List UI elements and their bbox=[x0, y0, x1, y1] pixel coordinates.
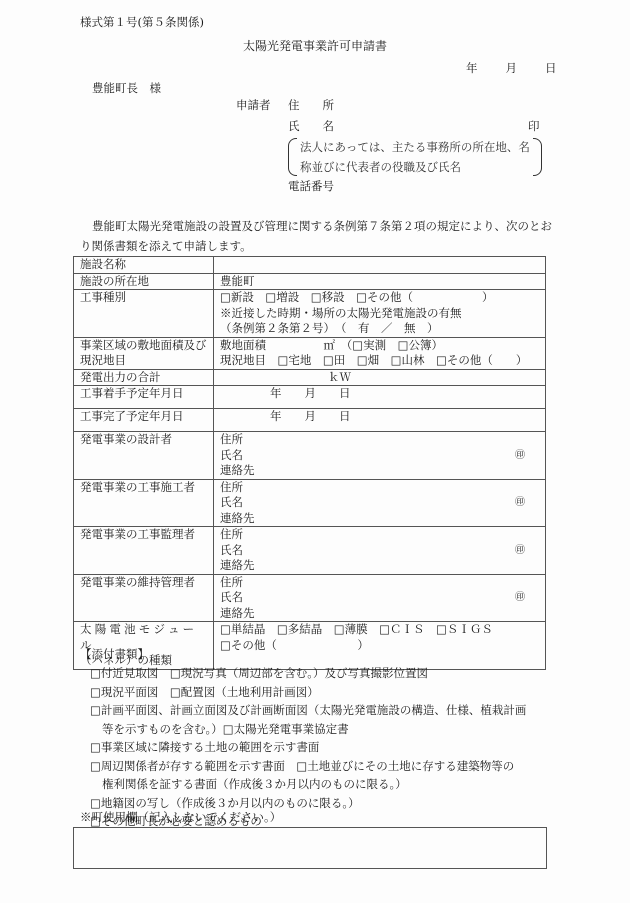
application-table: 施設名称 施設の所在地 豊能町 工事種別 □新設 □増設 □移設 □その他（ ）… bbox=[73, 256, 546, 670]
supervisor-name-field[interactable]: 氏名㊞ bbox=[220, 543, 539, 559]
kw-unit: ｋＷ bbox=[220, 370, 351, 384]
facility-name-input[interactable] bbox=[214, 257, 546, 274]
table-row-end-date: 工事完了予定年月日 年 月 日 bbox=[74, 409, 546, 432]
maintainer-label: 発電事業の維持管理者 bbox=[74, 574, 214, 622]
designer-name-label: 氏名 bbox=[220, 448, 243, 462]
table-row-facility-location: 施設の所在地 豊能町 bbox=[74, 273, 546, 290]
corporate-note: 法人にあっては、主たる事務所の所在地、名称並びに代表者の役職及び氏名 bbox=[288, 136, 542, 176]
facility-location-input[interactable]: 豊能町 bbox=[214, 273, 546, 290]
office-use-box bbox=[73, 827, 547, 869]
output-total-label: 発電出力の合計 bbox=[74, 369, 214, 386]
table-row-work-type: 工事種別 □新設 □増設 □移設 □その他（ ） ※近接した時期・場所の太陽光発… bbox=[74, 290, 546, 338]
corporate-note-text: 法人にあっては、主たる事務所の所在地、名称並びに代表者の役職及び氏名 bbox=[300, 137, 534, 177]
site-area-cell: 敷地面積 ㎡ （□実測 □公簿） 現況地目 □宅地 □田 □畑 □山林 □その他… bbox=[214, 337, 546, 369]
facility-name-label: 施設名称 bbox=[74, 257, 214, 274]
document-title: 太陽光発電事業許可申請書 bbox=[0, 38, 630, 54]
supervisor-name-label: 氏名 bbox=[220, 543, 243, 557]
designer-contact-field[interactable]: 連絡先 bbox=[220, 463, 539, 479]
contractor-label: 発電事業の工事施工者 bbox=[74, 479, 214, 527]
supervisor-address-field[interactable]: 住所 bbox=[220, 527, 539, 543]
maintainer-cell: 住所 氏名㊞ 連絡先 bbox=[214, 574, 546, 622]
contractor-contact-field[interactable]: 連絡先 bbox=[220, 511, 539, 527]
table-row-facility-name: 施設名称 bbox=[74, 257, 546, 274]
table-row-start-date: 工事着手予定年月日 年 月 日 bbox=[74, 386, 546, 409]
table-row-supervisor: 発電事業の工事監理者 住所 氏名㊞ 連絡先 bbox=[74, 527, 546, 575]
work-type-cell: □新設 □増設 □移設 □その他（ ） ※近接した時期・場所の太陽光発電施設の有… bbox=[214, 290, 546, 338]
applicant-label: 申請者 bbox=[236, 97, 271, 113]
site-area-label: 事業区域の敷地面積及び現況地目 bbox=[74, 337, 214, 369]
contractor-address-field[interactable]: 住所 bbox=[220, 480, 539, 496]
table-row-maintainer: 発電事業の維持管理者 住所 氏名㊞ 連絡先 bbox=[74, 574, 546, 622]
seal-icon: ㊞ bbox=[515, 543, 525, 559]
seal-icon: ㊞ bbox=[515, 495, 525, 511]
seal-icon: ㊞ bbox=[515, 448, 525, 464]
work-type-label: 工事種別 bbox=[74, 290, 214, 338]
attachment-item[interactable]: □付近見取図 □現況写真（周辺部を含む。）及び写真撮影位置図 bbox=[90, 664, 560, 683]
attachments-list: □付近見取図 □現況写真（周辺部を含む。）及び写真撮影位置図 □現況平面図 □配… bbox=[90, 664, 560, 831]
attachment-item[interactable]: □事業区域に隣接する土地の範囲を示す書面 bbox=[90, 738, 560, 757]
designer-name-field[interactable]: 氏名㊞ bbox=[220, 448, 539, 464]
attachment-item[interactable]: □現況平面図 □配置図（土地利用計画図） bbox=[90, 683, 560, 702]
nearby-facility-choice[interactable]: （条例第２条第２号） （ 有 ／ 無 ） bbox=[220, 321, 539, 337]
date-month: 月 bbox=[506, 60, 518, 76]
nearby-facility-note: ※近接した時期・場所の太陽光発電施設の有無 bbox=[220, 306, 539, 322]
work-type-options[interactable]: □新設 □増設 □移設 □その他（ ） bbox=[220, 290, 539, 306]
start-date-value: 年 月 日 bbox=[220, 386, 351, 400]
output-total-input[interactable]: ｋＷ bbox=[214, 369, 546, 386]
module-type-options[interactable]: □単結晶 □多結晶 □薄膜 □ＣＩＳ □ＳＩＧＳ bbox=[220, 622, 539, 638]
supervisor-contact-field[interactable]: 連絡先 bbox=[220, 558, 539, 574]
addressee: 豊能町長 様 bbox=[92, 80, 161, 96]
supervisor-label: 発電事業の工事監理者 bbox=[74, 527, 214, 575]
contractor-name-label: 氏名 bbox=[220, 495, 243, 509]
designer-cell: 住所 氏名㊞ 連絡先 bbox=[214, 432, 546, 480]
contractor-cell: 住所 氏名㊞ 連絡先 bbox=[214, 479, 546, 527]
module-type-other[interactable]: □その他（ ） bbox=[220, 638, 539, 654]
table-row-output-total: 発電出力の合計 ｋＷ bbox=[74, 369, 546, 386]
facility-location-label: 施設の所在地 bbox=[74, 273, 214, 290]
start-date-input[interactable]: 年 月 日 bbox=[214, 386, 546, 409]
table-row-site-area: 事業区域の敷地面積及び現況地目 敷地面積 ㎡ （□実測 □公簿） 現況地目 □宅… bbox=[74, 337, 546, 369]
end-date-label: 工事完了予定年月日 bbox=[74, 409, 214, 432]
attachment-item-continued: 権利関係を証する書面（作成後３か月以内のものに限る。） bbox=[90, 775, 560, 794]
date-field[interactable]: 年月日 bbox=[466, 60, 557, 76]
maintainer-name-field[interactable]: 氏名㊞ bbox=[220, 590, 539, 606]
maintainer-name-label: 氏名 bbox=[220, 590, 243, 604]
applicant-address-field[interactable]: 住 所 bbox=[288, 97, 334, 113]
supervisor-cell: 住所 氏名㊞ 連絡先 bbox=[214, 527, 546, 575]
land-use-options[interactable]: 現況地目 □宅地 □田 □畑 □山林 □その他（ ） bbox=[220, 353, 539, 369]
table-row-designer: 発電事業の設計者 住所 氏名㊞ 連絡先 bbox=[74, 432, 546, 480]
start-date-label: 工事着手予定年月日 bbox=[74, 386, 214, 409]
end-date-input[interactable]: 年 月 日 bbox=[214, 409, 546, 432]
right-bracket bbox=[533, 138, 542, 176]
table-row-contractor: 発電事業の工事施工者 住所 氏名㊞ 連絡先 bbox=[74, 479, 546, 527]
maintainer-address-field[interactable]: 住所 bbox=[220, 575, 539, 591]
designer-label: 発電事業の設計者 bbox=[74, 432, 214, 480]
date-year: 年 bbox=[466, 60, 478, 76]
form-number: 様式第１号(第５条関係) bbox=[80, 14, 204, 30]
end-date-value: 年 月 日 bbox=[220, 409, 351, 423]
attachment-item[interactable]: □周辺関係者が存する範囲を示す書面 □土地並びにその土地に存する建築物等の bbox=[90, 757, 560, 776]
designer-address-field[interactable]: 住所 bbox=[220, 432, 539, 448]
office-use-label: ※町使用欄（記入しないでください。） bbox=[80, 809, 281, 825]
attachments-heading: 【添付書類】 bbox=[80, 646, 149, 662]
maintainer-contact-field[interactable]: 連絡先 bbox=[220, 606, 539, 622]
applicant-phone-field[interactable]: 電話番号 bbox=[288, 178, 334, 194]
left-bracket bbox=[288, 138, 297, 176]
module-type-cell: □単結晶 □多結晶 □薄膜 □ＣＩＳ □ＳＩＧＳ □その他（ ） bbox=[214, 622, 546, 670]
seal-icon: ㊞ bbox=[515, 590, 525, 606]
date-day: 日 bbox=[545, 60, 557, 76]
site-area-input[interactable]: 敷地面積 ㎡ （□実測 □公簿） bbox=[220, 338, 539, 354]
contractor-name-field[interactable]: 氏名㊞ bbox=[220, 495, 539, 511]
applicant-seal: 印 bbox=[528, 118, 540, 134]
attachment-item-continued[interactable]: 等を示すものを含む。）□太陽光発電事業協定書 bbox=[90, 720, 560, 739]
intro-text: 豊能町太陽光発電施設の設置及び管理に関する条例第７条第２項の規定により、次のとお… bbox=[80, 216, 555, 256]
attachment-item[interactable]: □計画平面図、計画立面図及び計画断面図（太陽光発電施設の構造、仕様、植栽計画 bbox=[90, 701, 560, 720]
applicant-name-field[interactable]: 氏 名 bbox=[288, 118, 334, 134]
